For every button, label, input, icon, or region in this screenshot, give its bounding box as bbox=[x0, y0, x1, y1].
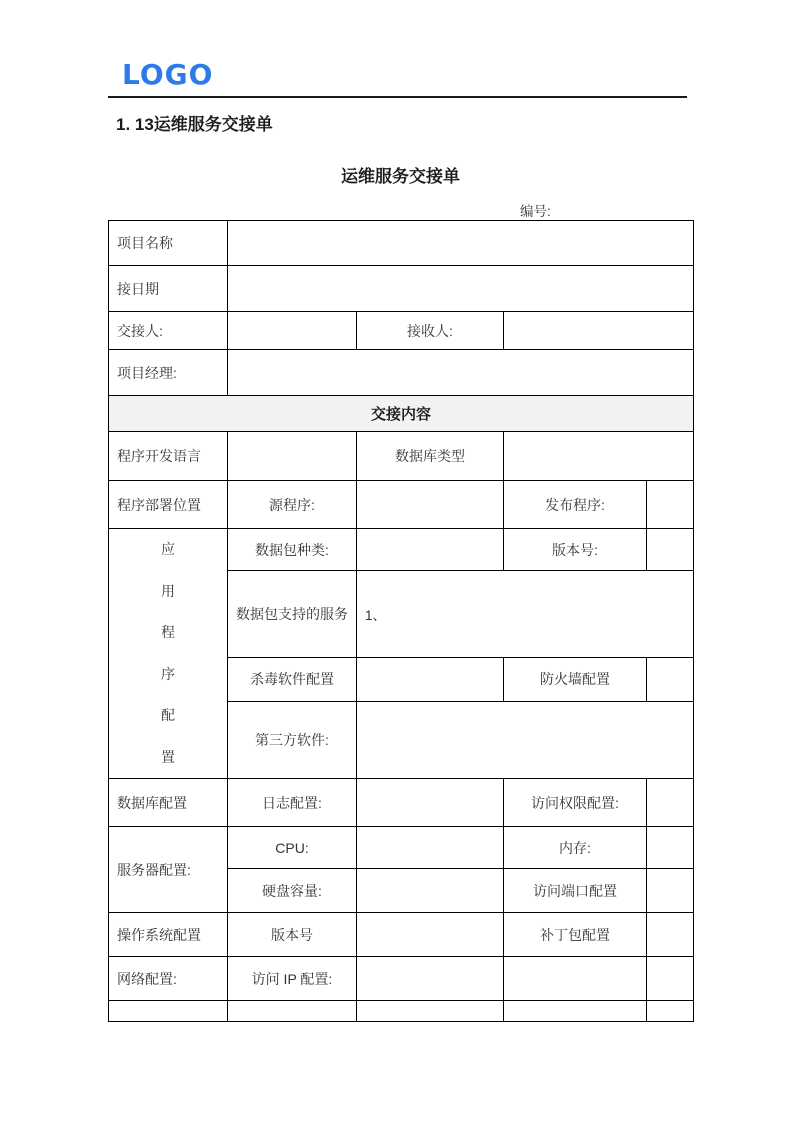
receiver-label: 接收人: bbox=[357, 312, 504, 350]
page-content: LOGO 1. 13运维服务交接单 运维服务交接单 编号: 项目名称 接日期 交… bbox=[108, 0, 693, 1022]
row-db-config: 数据库配置 日志配置: 访问权限配置: bbox=[109, 779, 694, 827]
database-type-value-cell bbox=[504, 432, 694, 481]
version-value-cell bbox=[647, 529, 694, 571]
row-deploy-location: 程序部署位置 源程序: 发布程序: bbox=[109, 481, 694, 529]
row-dev-language: 程序开发语言 数据库类型 bbox=[109, 432, 694, 481]
row-handover-person: 交接人: 接收人: bbox=[109, 312, 694, 350]
receiver-value-cell bbox=[504, 312, 694, 350]
dev-language-label: 程序开发语言 bbox=[109, 432, 228, 481]
antivirus-value-cell bbox=[357, 657, 504, 701]
project-name-value-cell bbox=[228, 221, 694, 266]
log-config-label: 日志配置: bbox=[228, 779, 357, 827]
row-package-type: 应用程序配置 数据包种类: 版本号: bbox=[109, 529, 694, 571]
handover-person-label: 交接人: bbox=[109, 312, 228, 350]
db-config-label: 数据库配置 bbox=[109, 779, 228, 827]
source-program-value-cell bbox=[357, 481, 504, 529]
memory-label: 内存: bbox=[504, 827, 647, 869]
database-type-label: 数据库类型 bbox=[357, 432, 504, 481]
empty-cell-c bbox=[357, 1001, 504, 1022]
package-services-label: 数据包支持的服务 bbox=[228, 571, 357, 657]
handover-date-value-cell bbox=[228, 266, 694, 312]
os-version-value-cell bbox=[357, 913, 504, 957]
log-config-value-cell bbox=[357, 779, 504, 827]
section-heading: 1. 13运维服务交接单 bbox=[116, 110, 693, 135]
version-label: 版本号: bbox=[504, 529, 647, 571]
row-empty-bottom bbox=[109, 1001, 694, 1022]
ip-config-label: 访问 IP 配置: bbox=[228, 957, 357, 1001]
memory-value-cell bbox=[647, 827, 694, 869]
access-rights-label: 访问权限配置: bbox=[504, 779, 647, 827]
empty-cell-a bbox=[109, 1001, 228, 1022]
row-project-name: 项目名称 bbox=[109, 221, 694, 266]
firewall-value-cell bbox=[647, 657, 694, 701]
ip-config-value-cell bbox=[357, 957, 504, 1001]
package-type-value-cell bbox=[357, 529, 504, 571]
empty-cell-b bbox=[228, 1001, 357, 1022]
project-name-label: 项目名称 bbox=[109, 221, 228, 266]
patch-label: 补丁包配置 bbox=[504, 913, 647, 957]
port-config-value-cell bbox=[647, 869, 694, 913]
source-program-label: 源程序: bbox=[228, 481, 357, 529]
app-config-label: 应用程序配置 bbox=[160, 529, 176, 778]
number-label: 编号: bbox=[108, 200, 693, 218]
row-section-header: 交接内容 bbox=[109, 396, 694, 432]
handover-date-label: 接日期 bbox=[109, 266, 228, 312]
form-title: 运维服务交接单 bbox=[108, 162, 693, 187]
patch-value-cell bbox=[647, 913, 694, 957]
release-program-value-cell bbox=[647, 481, 694, 529]
row-network: 网络配置: 访问 IP 配置: bbox=[109, 957, 694, 1001]
handover-form-table: 项目名称 接日期 交接人: 接收人: 项目经理: 交接内容 程序开发语言 数据库… bbox=[108, 220, 694, 1022]
empty-cell-e bbox=[647, 1001, 694, 1022]
os-config-label: 操作系统配置 bbox=[109, 913, 228, 957]
server-config-label: 服务器配置: bbox=[109, 827, 228, 913]
row-handover-date: 接日期 bbox=[109, 266, 694, 312]
os-version-label: 版本号 bbox=[228, 913, 357, 957]
empty-cell-d bbox=[504, 1001, 647, 1022]
network-label: 网络配置: bbox=[109, 957, 228, 1001]
package-type-label: 数据包种类: bbox=[228, 529, 357, 571]
port-config-label: 访问端口配置 bbox=[504, 869, 647, 913]
content-section-header: 交接内容 bbox=[109, 396, 694, 432]
row-cpu: 服务器配置: CPU: 内存: bbox=[109, 827, 694, 869]
project-manager-label: 项目经理: bbox=[109, 350, 228, 396]
access-rights-value-cell bbox=[647, 779, 694, 827]
antivirus-label: 杀毒软件配置 bbox=[228, 657, 357, 701]
deploy-location-label: 程序部署位置 bbox=[109, 481, 228, 529]
dev-language-value-cell bbox=[228, 432, 357, 481]
network-narrow-cell bbox=[647, 957, 694, 1001]
disk-value-cell bbox=[357, 869, 504, 913]
cpu-value-cell bbox=[357, 827, 504, 869]
third-party-value-cell bbox=[357, 701, 694, 778]
firewall-label: 防火墙配置 bbox=[504, 657, 647, 701]
third-party-label: 第三方软件: bbox=[228, 701, 357, 778]
network-extra-cell bbox=[504, 957, 647, 1001]
cpu-label: CPU: bbox=[228, 827, 357, 869]
package-services-value-cell: 1、 bbox=[357, 571, 694, 657]
logo-text: LOGO bbox=[122, 58, 693, 91]
header-rule bbox=[108, 96, 687, 98]
row-project-manager: 项目经理: bbox=[109, 350, 694, 396]
row-os-config: 操作系统配置 版本号 补丁包配置 bbox=[109, 913, 694, 957]
app-config-group-cell: 应用程序配置 bbox=[109, 529, 228, 779]
disk-label: 硬盘容量: bbox=[228, 869, 357, 913]
release-program-label: 发布程序: bbox=[504, 481, 647, 529]
handover-person-value-cell bbox=[228, 312, 357, 350]
project-manager-value-cell bbox=[228, 350, 694, 396]
